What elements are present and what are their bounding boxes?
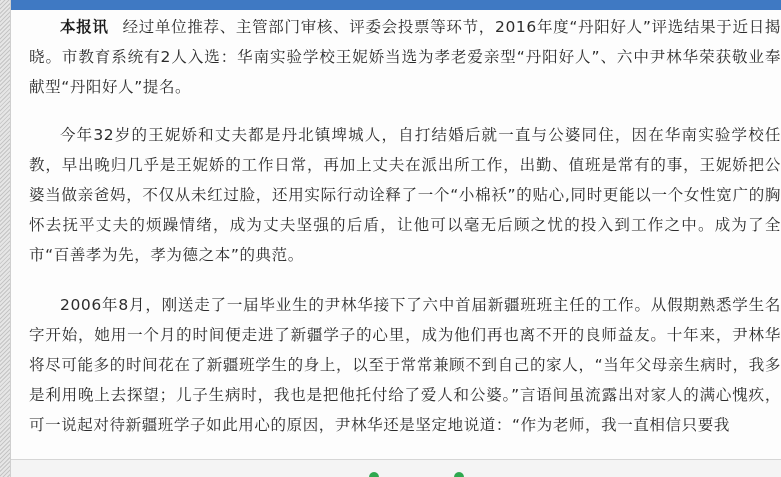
green-indicator-icon <box>454 472 464 477</box>
paragraph-text: 今年32岁的王妮娇和丈夫都是丹北镇埤城人，自打结婚后就一直与公婆同住，因在华南实… <box>29 126 781 264</box>
green-indicator-icon <box>369 472 379 477</box>
left-decorative-border <box>0 0 11 477</box>
article-paragraph-2: 今年32岁的王妮娇和丈夫都是丹北镇埤城人，自打结婚后就一直与公婆同住，因在华南实… <box>11 120 781 270</box>
paragraph-text: 经过单位推荐、主管部门审核、评委会投票等环节，2016年度“丹阳好人”评选结果于… <box>29 18 781 96</box>
top-accent-bar <box>11 0 781 10</box>
article-body: 本报讯经过单位推荐、主管部门审核、评委会投票等环节，2016年度“丹阳好人”评选… <box>11 10 781 459</box>
article-paragraph-3: 2006年8月，刚送走了一届毕业生的尹林华接下了六中首届新疆班班主任的工作。从假… <box>11 290 781 440</box>
dateline-lead: 本报讯 <box>60 18 109 36</box>
bottom-toolbar-strip <box>11 459 781 477</box>
article-paragraph-1: 本报讯经过单位推荐、主管部门审核、评委会投票等环节，2016年度“丹阳好人”评选… <box>11 12 781 102</box>
page-frame: 本报讯经过单位推荐、主管部门审核、评委会投票等环节，2016年度“丹阳好人”评选… <box>0 0 781 477</box>
paragraph-text: 2006年8月，刚送走了一届毕业生的尹林华接下了六中首届新疆班班主任的工作。从假… <box>29 296 781 434</box>
